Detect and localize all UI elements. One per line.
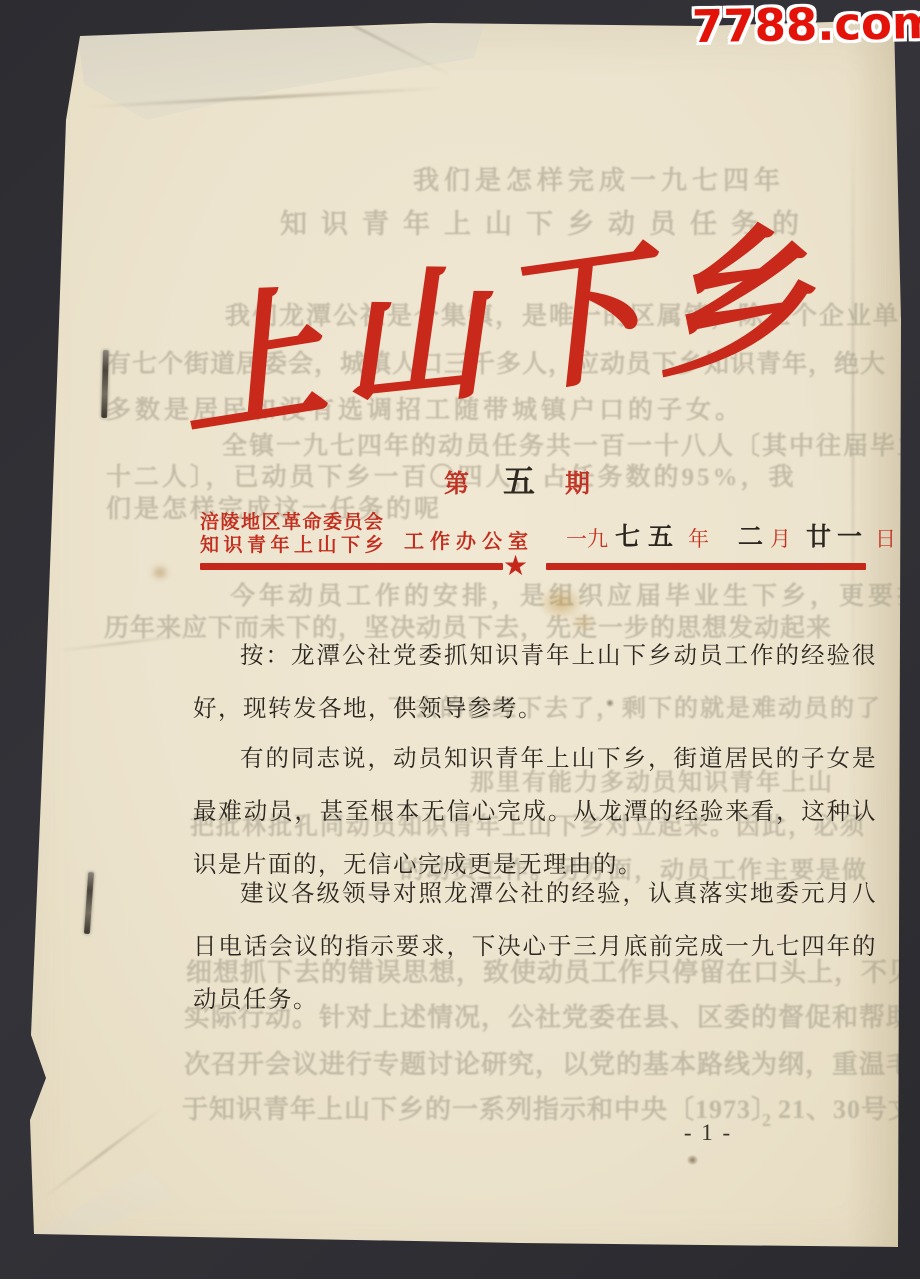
title-character: 乡 (649, 222, 814, 387)
issue-line: 第 五 期 (444, 456, 590, 500)
issue-prefix: 第 (444, 464, 469, 500)
masthead-title-calligraphy: 上山下乡 (175, 241, 810, 463)
date-part: 廿一 (806, 517, 868, 553)
title-character: 上 (168, 280, 335, 447)
title-character: 下 (489, 240, 654, 405)
red-rule-right (546, 563, 866, 570)
red-rule-left (200, 563, 503, 570)
title-character: 山 (331, 260, 491, 420)
date-part: 年 (688, 523, 709, 553)
date-part: 日 (875, 523, 896, 553)
masthead-date: 一九七五年二月廿一日 (566, 517, 903, 553)
date-part: 一九 (566, 523, 608, 553)
issue-suffix: 期 (565, 464, 590, 500)
issue-number: 五 (503, 456, 535, 502)
issuer-line1: 涪陵地区革命委员会 (200, 511, 388, 534)
document-content: 上山下乡 第 五 期 涪陵地区革命委员会 知识青年上山下乡 工作办公室 一九七五… (0, 0, 920, 1279)
date-part: 二 (738, 517, 763, 553)
body-paragraph: 建议各级领导对照龙潭公社的经验，认真落实地委元月八日电话会议的指示要求，下决心于… (193, 868, 877, 1027)
issuer-block: 涪陵地区革命委员会 知识青年上山下乡 (200, 511, 388, 557)
issuer-line2: 知识青年上山下乡 (200, 534, 388, 557)
date-part: 七五 (615, 517, 681, 553)
red-star-icon: ★ (503, 549, 528, 582)
body-paragraph: 按：龙潭公社党委抓知识青年上山下乡动员工作的经验很好，现转发各地，供领导参考。 (193, 630, 877, 736)
page-number: - 1 - (648, 1120, 768, 1146)
document-paper: 我们是怎样完成一九七四年知识青年上山下乡动员任务的我们龙潭公社是个集镇，是唯一的… (0, 0, 920, 1279)
photo-of-document: 我们是怎样完成一九七四年知识青年上山下乡动员任务的我们龙潭公社是个集镇，是唯一的… (0, 0, 920, 1279)
date-part: 月 (770, 523, 791, 553)
watermark-7788: 7788.com (692, 0, 920, 53)
